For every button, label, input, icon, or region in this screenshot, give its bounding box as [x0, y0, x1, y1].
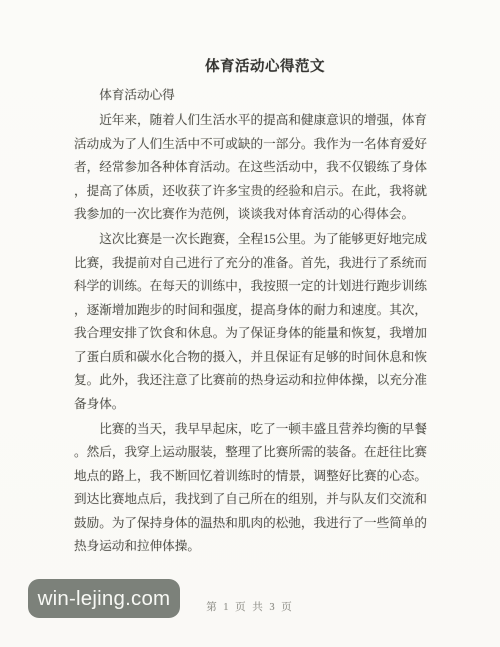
page-number: 第 1 页 共 3 页 [0, 599, 500, 614]
paragraph-3: 比赛的当天，我早早起床，吃了一顿丰盛且营养均衡的早餐。然后，我穿上运动服装，整理… [74, 418, 427, 559]
document-title: 体育活动心得范文 [0, 55, 500, 76]
document-page: 体育活动心得范文 体育活动心得 近年来，随着人们生活水平的提高和健康意识的增强，… [0, 0, 500, 647]
document-body: 体育活动心得 近年来，随着人们生活水平的提高和健康意识的增强，体育活动成为了人们… [74, 84, 427, 559]
section-heading: 体育活动心得 [74, 84, 427, 108]
paragraph-1: 近年来，随着人们生活水平的提高和健康意识的增强，体育活动成为了人们生活中不可或缺… [74, 109, 427, 227]
paragraph-2: 这次比赛是一次长跑赛，全程15公里。为了能够更好地完成比赛，我提前对自己进行了充… [74, 228, 427, 416]
